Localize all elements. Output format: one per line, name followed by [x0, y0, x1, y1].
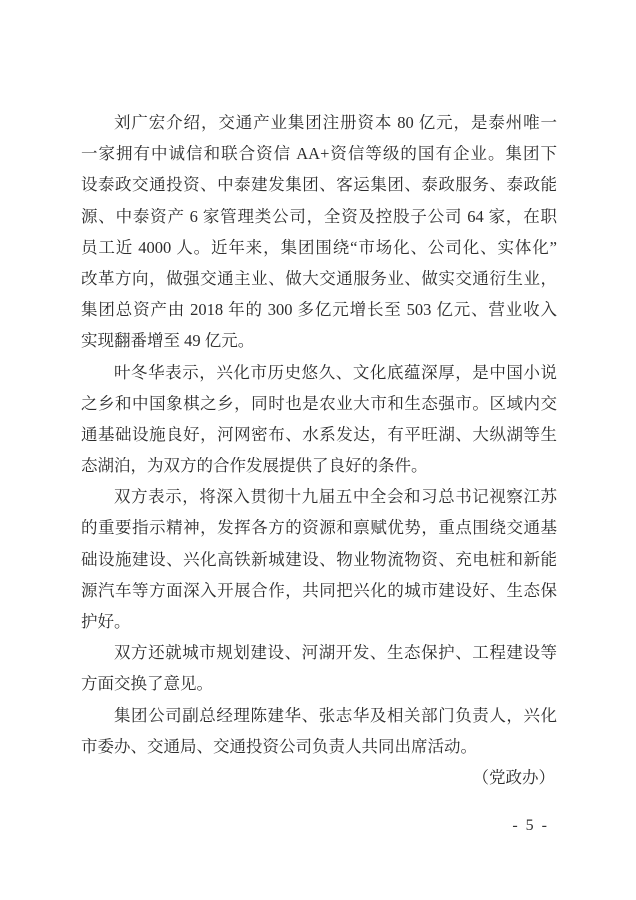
paragraph: 叶冬华表示，兴化市历史悠久、文化底蕴深厚，是中国小说之乡和中国象棋之乡，同时也是…	[81, 357, 557, 482]
text-line: 源汽车等方面深入开展合作，共同把兴化的城市建设好、生态保	[81, 575, 557, 606]
text-line: 护好。	[81, 606, 557, 637]
text-line: 源、中泰资产 6 家管理类公司，全资及控股子公司 64 家，在职	[81, 201, 557, 232]
text-line: 改革方向，做强交通主业、做大交通服务业、做实交通衍生业，	[81, 263, 557, 294]
text-line: 之乡和中国象棋之乡，同时也是农业大市和生态强市。区域内交	[81, 388, 557, 419]
page-number: - 5 -	[81, 817, 557, 835]
text-line: 一家拥有中诚信和联合资信 AA+资信等级的国有企业。集团下	[81, 138, 557, 169]
text-line: 实现翻番增至 49 亿元。	[81, 325, 557, 356]
body-text: 刘广宏介绍，交通产业集团注册资本 80 亿元，是泰州唯一一家拥有中诚信和联合资信…	[81, 107, 557, 793]
text-line: 集团公司副总经理陈建华、张志华及相关部门负责人，兴化	[81, 700, 557, 731]
text-line: 员工近 4000 人。近年来，集团围绕“市场化、公司化、实体化”	[81, 232, 557, 263]
text-line: 设泰政交通投资、中泰建发集团、客运集团、泰政服务、泰政能	[81, 169, 557, 200]
text-line: 础设施建设、兴化高铁新城建设、物业物流物资、充电桩和新能	[81, 544, 557, 575]
text-line: 刘广宏介绍，交通产业集团注册资本 80 亿元，是泰州唯一	[81, 107, 557, 138]
document-page: 刘广宏介绍，交通产业集团注册资本 80 亿元，是泰州唯一一家拥有中诚信和联合资信…	[0, 0, 636, 900]
text-line: 市委办、交通局、交通投资公司负责人共同出席活动。	[81, 731, 557, 762]
paragraph: 双方还就城市规划建设、河湖开发、生态保护、工程建设等方面交换了意见。	[81, 637, 557, 699]
paragraph: 双方表示，将深入贯彻十九届五中全会和习总书记视察江苏的重要指示精神，发挥各方的资…	[81, 481, 557, 637]
text-line: 双方还就城市规划建设、河湖开发、生态保护、工程建设等	[81, 637, 557, 668]
paragraph: 集团公司副总经理陈建华、张志华及相关部门负责人，兴化市委办、交通局、交通投资公司…	[81, 700, 557, 762]
text-line: 集团总资产由 2018 年的 300 多亿元增长至 503 亿元、营业收入	[81, 294, 557, 325]
department-signature: （党政办）	[81, 762, 557, 793]
text-line: 通基础设施良好，河网密布、水系发达，有平旺湖、大纵湖等生	[81, 419, 557, 450]
text-line: 叶冬华表示，兴化市历史悠久、文化底蕴深厚，是中国小说	[81, 357, 557, 388]
text-line: 方面交换了意见。	[81, 668, 557, 699]
text-line: 双方表示，将深入贯彻十九届五中全会和习总书记视察江苏	[81, 481, 557, 512]
text-line: 态湖泊，为双方的合作发展提供了良好的条件。	[81, 450, 557, 481]
text-line: 的重要指示精神，发挥各方的资源和禀赋优势，重点围绕交通基	[81, 512, 557, 543]
paragraph: 刘广宏介绍，交通产业集团注册资本 80 亿元，是泰州唯一一家拥有中诚信和联合资信…	[81, 107, 557, 357]
